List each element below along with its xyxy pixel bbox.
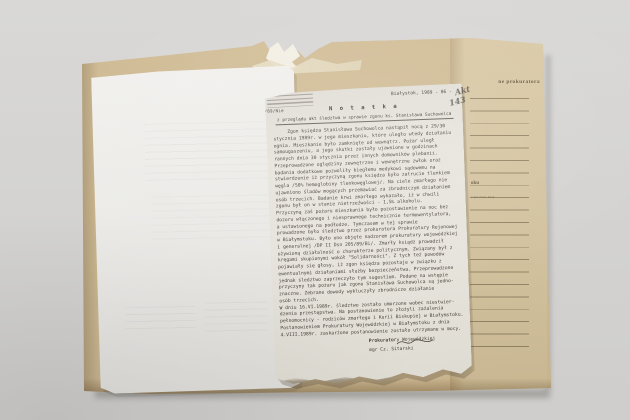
folder-ruled-lines — [470, 98, 529, 348]
folder-label-fragment: u procesu, kary — [471, 195, 526, 199]
faint-text-trace — [125, 306, 196, 333]
dateline: Białystok, 1989 - 06 - — [391, 90, 452, 97]
signature-name: mgr Cz. Sitarski — [369, 346, 413, 354]
signature-block: Prokurator Prokuratury Wojewódzkiej mgr … — [369, 336, 461, 348]
note-subtitle: z przeglądu akt śledztwa w sprawie zgonu… — [275, 112, 454, 126]
faint-text-trace — [205, 301, 268, 332]
photo-case-file: ne prokuratora sko ka oku u procesu, kar… — [0, 0, 630, 420]
faint-text-trace — [144, 121, 285, 186]
folder-label-fragment: oku — [471, 181, 479, 186]
typed-note-page: /89/Nie Białystok, 1989 - 06 - N o t a t… — [265, 84, 473, 390]
note-body: Zgon księdza Stanisława Suchowolca nastą… — [273, 124, 467, 340]
faint-text-trace — [151, 194, 280, 241]
